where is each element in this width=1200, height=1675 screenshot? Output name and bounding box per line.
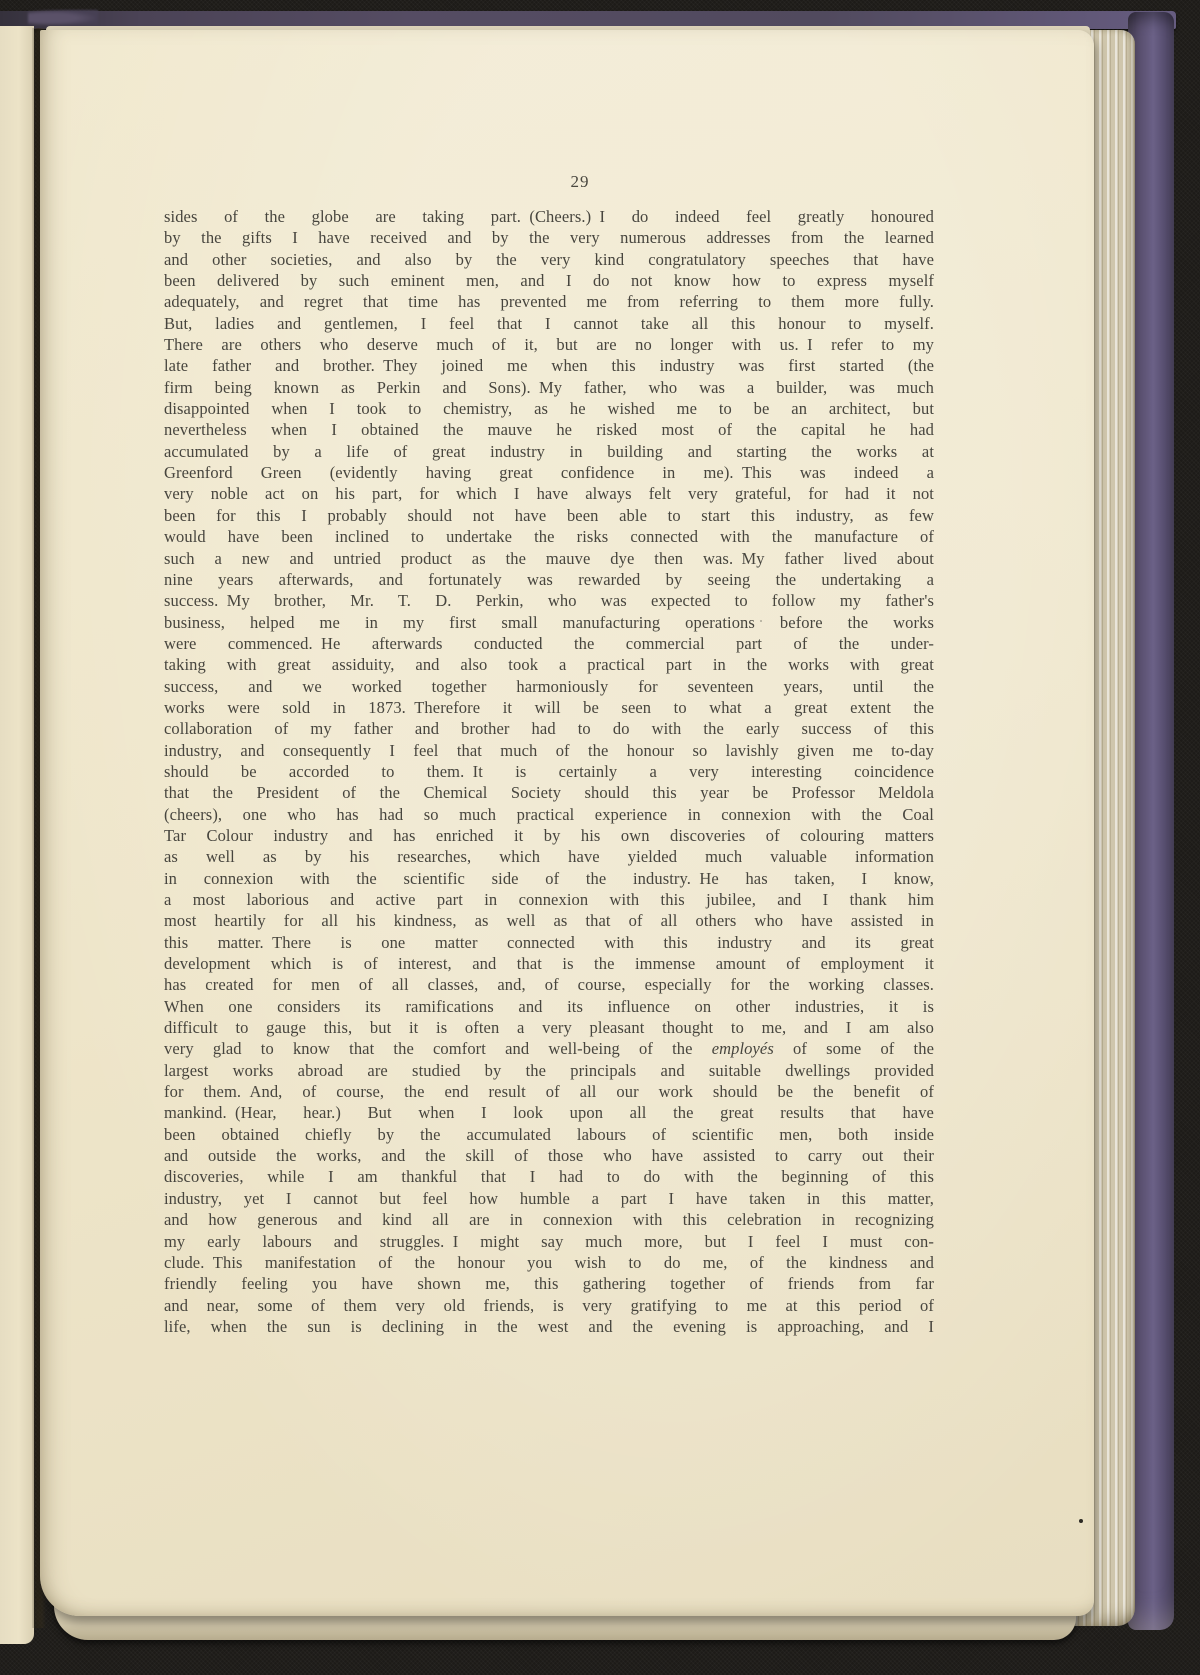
text-line: industry, yet I cannot but feel how humb…	[164, 1188, 934, 1209]
text-line: business, helped me in my first small ma…	[164, 612, 934, 633]
text-line: that the President of the Chemical Socie…	[164, 782, 934, 803]
text-line: discoveries, while I am thankful that I …	[164, 1166, 934, 1187]
text-line: and other societies, and also by the ver…	[164, 249, 934, 270]
scanned-book-photo: 29 sides of the globe are taking part. (…	[0, 0, 1200, 1675]
text-line: my early labours and struggles. I might …	[164, 1231, 934, 1252]
text-line: collaboration of my father and brother h…	[164, 718, 934, 739]
text-line: been for this I probably should not have…	[164, 505, 934, 526]
text-line: by the gifts I have received and by the …	[164, 227, 934, 248]
text-line: Tar Colour industry and has enriched it …	[164, 825, 934, 846]
text-line: success. My brother, Mr. T. D. Perkin, w…	[164, 590, 934, 611]
text-line: industry, and consequently I feel that m…	[164, 740, 934, 761]
text-line: nevertheless when I obtained the mauve h…	[164, 419, 934, 440]
text-line: were commenced. He afterwards conducted …	[164, 633, 934, 654]
text-line: should be accorded to them. It is certai…	[164, 761, 934, 782]
text-line: success, and we worked together harmonio…	[164, 676, 934, 697]
text-line: been obtained chiefly by the accumulated…	[164, 1124, 934, 1145]
text-line: nine years afterwards, and fortunately w…	[164, 569, 934, 590]
ink-speck	[470, 980, 472, 982]
text-line: would have been inclined to undertake th…	[164, 526, 934, 547]
text-line: and how generous and kind all are in con…	[164, 1209, 934, 1230]
text-line: late father and brother. They joined me …	[164, 355, 934, 376]
text-line: and outside the works, and the skill of …	[164, 1145, 934, 1166]
text-line: as well as by his researches, which have…	[164, 846, 934, 867]
text-line: firm being known as Perkin and Sons). My…	[164, 377, 934, 398]
text-line: most heartily for all his kindness, as w…	[164, 910, 934, 931]
book-page: 29 sides of the globe are taking part. (…	[40, 30, 1094, 1616]
text-line: has created for men of all classes, and,…	[164, 974, 934, 995]
text-line: Greenford Green (evidently having great …	[164, 462, 934, 483]
text-line: very noble act on his part, for which I …	[164, 483, 934, 504]
text-line: this matter. There is one matter connect…	[164, 932, 934, 953]
text-line: mankind. (Hear, hear.) But when I look u…	[164, 1102, 934, 1123]
text-line: When one considers its ramifications and…	[164, 996, 934, 1017]
text-line: taking with great assiduity, and also to…	[164, 654, 934, 675]
text-line: been delivered by such eminent men, and …	[164, 270, 934, 291]
page-number: 29	[164, 172, 934, 192]
text-line: works were sold in 1873. Therefore it wi…	[164, 697, 934, 718]
text-line: development which is of interest, and th…	[164, 953, 934, 974]
ink-speck	[1079, 1519, 1083, 1523]
text-line: There are others who deserve much of it,…	[164, 334, 934, 355]
text-line: for them. And, of course, the end result…	[164, 1081, 934, 1102]
text-line: such a new and untried product as the ma…	[164, 548, 934, 569]
text-line: difficult to gauge this, but it is often…	[164, 1017, 934, 1038]
text-line: sides of the globe are taking part. (Che…	[164, 206, 934, 227]
text-line: accumulated by a life of great industry …	[164, 441, 934, 462]
body-text: sides of the globe are taking part. (Che…	[164, 206, 934, 1337]
text-line: a most laborious and active part in conn…	[164, 889, 934, 910]
facing-page-edge	[0, 26, 34, 1644]
text-line: (cheers), one who has had so much practi…	[164, 804, 934, 825]
text-line: friendly feeling you have shown me, this…	[164, 1273, 934, 1294]
text-line: disappointed when I took to chemistry, a…	[164, 398, 934, 419]
book-cover-fray	[28, 10, 98, 26]
text-line: adequately, and regret that time has pre…	[164, 291, 934, 312]
text-line: But, ladies and gentlemen, I feel that I…	[164, 313, 934, 334]
text-line: clude. This manifestation of the honour …	[164, 1252, 934, 1273]
text-line: very glad to know that the comfort and w…	[164, 1038, 934, 1059]
text-line: life, when the sun is declining in the w…	[164, 1316, 934, 1337]
ink-speck	[760, 620, 762, 622]
text-line: in connexion with the scientific side of…	[164, 868, 934, 889]
text-line: largest works abroad are studied by the …	[164, 1060, 934, 1081]
text-line: and near, some of them very old friends,…	[164, 1295, 934, 1316]
